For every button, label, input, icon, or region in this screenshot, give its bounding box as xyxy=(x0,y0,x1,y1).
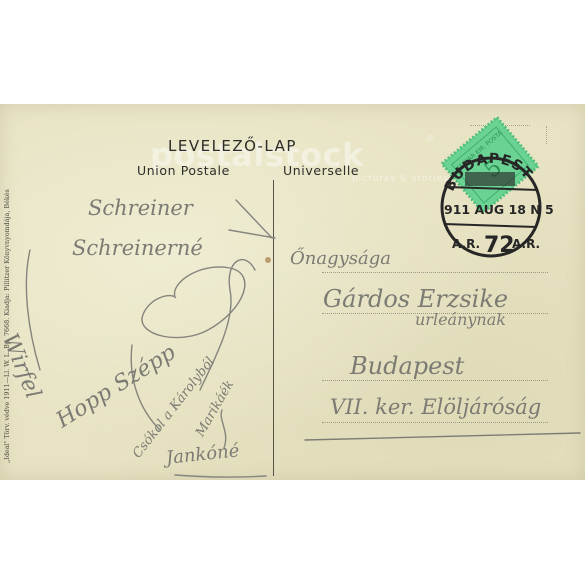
address-name: Gárdos Erzsike xyxy=(323,285,508,313)
message-line-2: Schreinerné xyxy=(72,236,203,260)
postmark-date: 911 AUG 18 N 5 xyxy=(444,202,554,217)
postmark-number: 72 xyxy=(484,233,515,258)
postmark-ar-right: A.R. xyxy=(512,237,540,251)
address-honorific: Őnagysága xyxy=(290,248,391,269)
address-title: urleánynak xyxy=(415,310,506,329)
postmark-ar-left: A.R. xyxy=(452,237,480,251)
message-line-1: Schreiner xyxy=(88,196,193,220)
address-city: Budapest xyxy=(350,352,464,380)
stain xyxy=(265,257,271,263)
address-district: VII. ker. Elöljáróság xyxy=(330,395,541,419)
